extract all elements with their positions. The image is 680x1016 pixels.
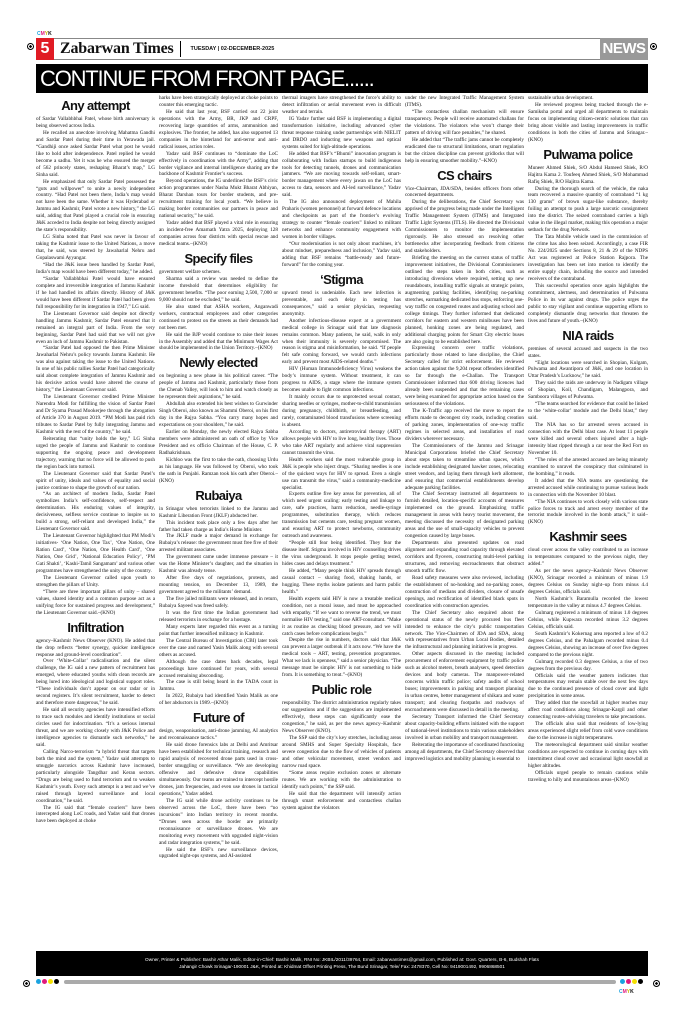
article-paragraph: agency–Kashmir News Observer (KNO). He a… bbox=[36, 638, 155, 659]
column-3: thermal imagers have strengthened the fo… bbox=[282, 95, 401, 938]
cyan-dot-icon bbox=[36, 979, 41, 984]
article-paragraph: The meteorological department said simil… bbox=[528, 742, 648, 770]
article-paragraph: thermal imagers have strengthened the fo… bbox=[282, 95, 401, 116]
article-paragraph: Briefing the meeting on the current stat… bbox=[405, 255, 524, 345]
column-2: harks have been strategically deployed a… bbox=[159, 95, 278, 938]
article-paragraph: Health workers said the most vulnerable … bbox=[282, 457, 401, 492]
article-paragraph: Despite the rise in numbers, doctors sai… bbox=[282, 637, 401, 679]
article-paragraph: Many experts later regarded this event a… bbox=[159, 624, 278, 638]
article-paragraph: The Commissioners of the Jammu and Srina… bbox=[405, 443, 524, 492]
article-paragraph: Vice-Chairman, JDA/SDA, besides officers… bbox=[405, 186, 524, 200]
article-paragraph: upward trend is undeniable. Each new inf… bbox=[282, 290, 401, 318]
article-headline: Infiltration bbox=[36, 620, 155, 635]
article-paragraph: “There are three important pillars of un… bbox=[36, 589, 155, 617]
article-paragraph: The NIA has so far arrested seven accuse… bbox=[528, 422, 648, 457]
page-number: 5 bbox=[36, 38, 54, 60]
article-paragraph: The IG also announced deployment of Mahi… bbox=[282, 199, 401, 241]
column-4: under the new Integrated Traffic Managem… bbox=[405, 95, 524, 938]
article-paragraph: He said drone forensics labs at Delhi an… bbox=[159, 742, 278, 798]
imprint-footer: Owner, Printer & Publisher: Bashir Athar… bbox=[36, 951, 648, 976]
article-paragraph: Officials urged people to remain cautiou… bbox=[528, 770, 648, 784]
cmyk-label-top: CMYK bbox=[37, 31, 52, 37]
registration-mark-icon bbox=[653, 980, 660, 987]
article-paragraph: He recalled an anecdote involving Mahatm… bbox=[36, 130, 155, 179]
black-dot-icon bbox=[638, 979, 643, 984]
article-paragraph: HIV (Human Immunodeficiency Virus) weake… bbox=[282, 366, 401, 394]
page-banner: CONTINUE FROM FRONT PAGE...... bbox=[36, 64, 648, 93]
masthead: 5 Zabarwan Times TUESDAY | 02-DECEMBER-2… bbox=[36, 38, 648, 60]
article-paragraph: This incident took place only a few days… bbox=[159, 520, 278, 534]
article-paragraph: responsibility. The district administrat… bbox=[282, 700, 401, 735]
article-paragraph: The JKLF made a major demand in exchange… bbox=[159, 533, 278, 554]
registration-mark-icon bbox=[27, 43, 34, 50]
article-paragraph: sustainable urban development. bbox=[528, 95, 648, 102]
article-paragraph: Departments also presented updates on ro… bbox=[405, 540, 524, 575]
article-paragraph: He emphasized that only Sardar Patel pos… bbox=[36, 179, 155, 235]
article-paragraph: It was the first time the Indian governm… bbox=[159, 610, 278, 624]
article-paragraph: The K-Traffic app received the move to r… bbox=[405, 408, 524, 443]
article-headline: Pulwama police bbox=[528, 147, 648, 162]
section-tag: NEWS bbox=[600, 38, 648, 60]
article-paragraph: He added that “The traffic jams cannot b… bbox=[405, 137, 524, 165]
article-paragraph: Yadav said BSF continues to “dominate th… bbox=[159, 151, 278, 179]
article-paragraph: South Kashmir’s Kokernag area reported a… bbox=[528, 631, 648, 659]
black-dot-icon bbox=[54, 979, 59, 984]
article-headline: Future of bbox=[159, 710, 278, 725]
article-paragraph: “The contactless challan mechanism will … bbox=[405, 109, 524, 137]
article-headline: NIA raids bbox=[528, 328, 648, 343]
article-headline: CS chairs bbox=[405, 168, 524, 183]
article-paragraph: LG Sinha noted that Patel was never in f… bbox=[36, 234, 155, 262]
article-paragraph: Calling Narco-terrorism “a hybrid threat… bbox=[36, 749, 155, 805]
article-paragraph: The government came under immense pressu… bbox=[159, 554, 278, 575]
gray-registration-bar bbox=[64, 980, 616, 984]
article-paragraph: cloud cover across the valley contribute… bbox=[528, 547, 648, 568]
article-paragraph: premises of several accused and suspects… bbox=[528, 346, 648, 360]
article-paragraph: Secretary Transport informed the Chief S… bbox=[405, 714, 524, 742]
article-paragraph: He said that last year, BSF carried out … bbox=[159, 109, 278, 151]
article-paragraph: The case is still being heard in the TAD… bbox=[159, 679, 278, 693]
article-paragraph: After five days of negotiations, protest… bbox=[159, 575, 278, 596]
article-paragraph: government welfare schemes. bbox=[159, 269, 278, 276]
article-paragraph: Reiterating that “unity holds the key,” … bbox=[36, 436, 155, 471]
article-paragraph: design, weaponisation, anti-drone jammin… bbox=[159, 728, 278, 742]
article-paragraph: Abdullah also extended his best wishes t… bbox=[159, 401, 278, 429]
article-paragraph: Over ‘White-Collar’ radicalisation and t… bbox=[36, 658, 155, 707]
article-paragraph: They added that the snowfall at higher r… bbox=[528, 700, 648, 721]
article-paragraph: “Sardar Patel had opposed the then Prime… bbox=[36, 345, 155, 394]
yellow-dot-icon bbox=[48, 979, 53, 984]
article-paragraph: IG Yadav further said BSF is implementin… bbox=[282, 116, 401, 151]
article-paragraph: “Had the J&K issue been handled by Sarda… bbox=[36, 262, 155, 276]
article-paragraph: The Chief Secretary instructed all depar… bbox=[405, 491, 524, 540]
article-headline: Kashmir sees bbox=[528, 529, 648, 544]
article-paragraph: Kichloo was the first to take the oath, … bbox=[159, 457, 278, 485]
cmyk-label-bottom: CMYK bbox=[619, 989, 634, 995]
article-paragraph: “Our modernisation is not only about mac… bbox=[282, 241, 401, 269]
article-paragraph: Yadav added that BSF played a vital role… bbox=[159, 220, 278, 248]
article-paragraph: Beyond operations, the IG underlined the… bbox=[159, 178, 278, 220]
article-paragraph: The Lieutenant Governor highlighted that… bbox=[36, 533, 155, 575]
article-paragraph: He said the BJP would continue to raise … bbox=[159, 332, 278, 353]
article-paragraph: Officials said the weather pattern indic… bbox=[528, 673, 648, 701]
article-paragraph: The Lieutenant Governor called upon yout… bbox=[36, 575, 155, 589]
article-paragraph: He said that the department will intensi… bbox=[282, 791, 401, 812]
article-paragraph: Gulmarg recorded 0.3 degrees Celsius, a … bbox=[528, 659, 648, 673]
article-paragraph: “Some areas require exclusion zones or a… bbox=[282, 770, 401, 791]
article-paragraph: North Kashmir’s Baramulla recorded the l… bbox=[528, 596, 648, 610]
article-paragraph: The SSP said the city’s key stretches, i… bbox=[282, 735, 401, 770]
article-headline: Any attempt bbox=[36, 98, 155, 113]
article-paragraph: The IG said that “female couriers” have … bbox=[36, 805, 155, 826]
article-headline: Public role bbox=[282, 682, 401, 697]
article-paragraph: “The NIA continues to work closely with … bbox=[528, 499, 648, 527]
article-paragraph: Road safety measures were also reviewed,… bbox=[405, 575, 524, 610]
article-paragraph: During the thorough search of the vehicl… bbox=[528, 186, 648, 235]
article-paragraph: The officials also said that residents o… bbox=[528, 721, 648, 742]
article-paragraph: Muneer Ahmed Shiek, S/O Abdul Hameed Shi… bbox=[528, 165, 648, 186]
article-paragraph: This successful operation once again hig… bbox=[528, 283, 648, 325]
registration-mark-icon bbox=[650, 43, 657, 50]
article-paragraph: As per the news agency–Kashmir News Obse… bbox=[528, 568, 648, 596]
article-paragraph: “Eight locations were searched in Shopia… bbox=[528, 360, 648, 381]
column-1: Any attemptof Sardar Vallabhbhai Patel, … bbox=[36, 95, 155, 938]
article-paragraph: It mainly occurs due to unprotected sexu… bbox=[282, 394, 401, 429]
column-5: sustainable urban development.He reviewe… bbox=[528, 95, 648, 938]
article-paragraph: harks have been strategically deployed a… bbox=[159, 95, 278, 109]
article-paragraph: During the deliberations, the Chief Secr… bbox=[405, 199, 524, 255]
article-paragraph: “People still fear being identified. The… bbox=[282, 540, 401, 568]
magenta-dot-icon bbox=[42, 979, 47, 984]
article-paragraph: Other aspects discussed in the meeting i… bbox=[405, 651, 524, 714]
article-paragraph: They said the raids are underway in Nadi… bbox=[528, 380, 648, 401]
cyan-dot-icon bbox=[620, 979, 625, 984]
article-paragraph: He added that BSF’s “Bhumi” innovation p… bbox=[282, 151, 401, 200]
article-headline: Newly elected bbox=[159, 355, 278, 370]
article-paragraph: The Lieutenant Governor said despite not… bbox=[36, 311, 155, 346]
article-headline: ‘Stigma bbox=[282, 272, 401, 287]
article-paragraph: under the new Integrated Traffic Managem… bbox=[405, 95, 524, 109]
article-paragraph: The Chief Secretary also enquired about … bbox=[405, 610, 524, 652]
article-paragraph: Experts outline five key areas for preve… bbox=[282, 491, 401, 540]
article-paragraph: The IG said while drone activity continu… bbox=[159, 798, 278, 847]
dateline: TUESDAY | 02-DECEMBER-2025 bbox=[191, 46, 275, 52]
imprint-line-2: Jahangir Chowk Srinagar-190001 J&K, Prin… bbox=[36, 963, 648, 970]
registration-mark-icon bbox=[23, 980, 30, 987]
article-paragraph: Earlier on Monday, the newly elected Raj… bbox=[159, 429, 278, 457]
color-registration-dots-right bbox=[620, 979, 643, 984]
article-paragraph: It added that the NIA teams are question… bbox=[528, 478, 648, 499]
masthead-divider bbox=[180, 41, 181, 57]
article-paragraph: on beginning a new phase in his politica… bbox=[159, 373, 278, 401]
article-paragraph: The Tata Mobile vehicle used in the comm… bbox=[528, 234, 648, 283]
article-paragraph: The Lieutenant Governor said that Sardar… bbox=[36, 471, 155, 492]
article-paragraph: Health experts said HIV is now a treatab… bbox=[282, 596, 401, 638]
article-paragraph: Another infectious-disease expert at a g… bbox=[282, 318, 401, 367]
article-paragraph: He reviewed progress being tracked throu… bbox=[528, 102, 648, 144]
article-paragraph: “The roles of the arrested accused are b… bbox=[528, 457, 648, 478]
article-paragraph: The Central Bureau of Investigation (CBI… bbox=[159, 638, 278, 659]
paper-name: Zabarwan Times bbox=[60, 40, 174, 58]
article-paragraph: in Srinagar when terrorists linked to th… bbox=[159, 506, 278, 520]
article-paragraph: Sharma said a review was needed to defin… bbox=[159, 276, 278, 304]
article-paragraph: The Lieutenant Governor credited Prime M… bbox=[36, 394, 155, 436]
article-headline: Specify files bbox=[159, 251, 278, 266]
article-paragraph: “As an architect of modern India, Sardar… bbox=[36, 491, 155, 533]
article-paragraph: of Sardar Vallabhbhai Patel, whose birth… bbox=[36, 116, 155, 130]
article-paragraph: In 2022, Rubaiya had identified Yasin Ma… bbox=[159, 693, 278, 707]
article-paragraph: He said the BSF’s new surveillance devic… bbox=[159, 847, 278, 861]
magenta-dot-icon bbox=[626, 979, 631, 984]
article-paragraph: “The teams searched for evidence that co… bbox=[528, 401, 648, 422]
article-paragraph: Expressing concern over traffic violatio… bbox=[405, 345, 524, 408]
imprint-line-1: Owner, Printer & Publisher: Bashir Athar… bbox=[36, 956, 648, 963]
article-paragraph: Although the case dates back decades, le… bbox=[159, 659, 278, 680]
article-headline: Rubaiya bbox=[159, 488, 278, 503]
article-paragraph: He also stated that ASHA workers, Anganw… bbox=[159, 304, 278, 332]
article-paragraph: He added, “Many people think HIV spreads… bbox=[282, 568, 401, 596]
article-paragraph: Reiterating the importance of coordinate… bbox=[405, 742, 524, 763]
article-paragraph: “Sardar Vallabhbhai Patel would have ens… bbox=[36, 276, 155, 311]
yellow-dot-icon bbox=[632, 979, 637, 984]
article-paragraph: According to doctors, antiretroviral the… bbox=[282, 429, 401, 457]
article-paragraph: He said all security agencies have inten… bbox=[36, 707, 155, 749]
color-registration-dots-left bbox=[36, 979, 59, 984]
article-paragraph: The five jailed militants were released,… bbox=[159, 596, 278, 610]
article-paragraph: Gulmarg registered a minimum of minus 1.… bbox=[528, 610, 648, 631]
